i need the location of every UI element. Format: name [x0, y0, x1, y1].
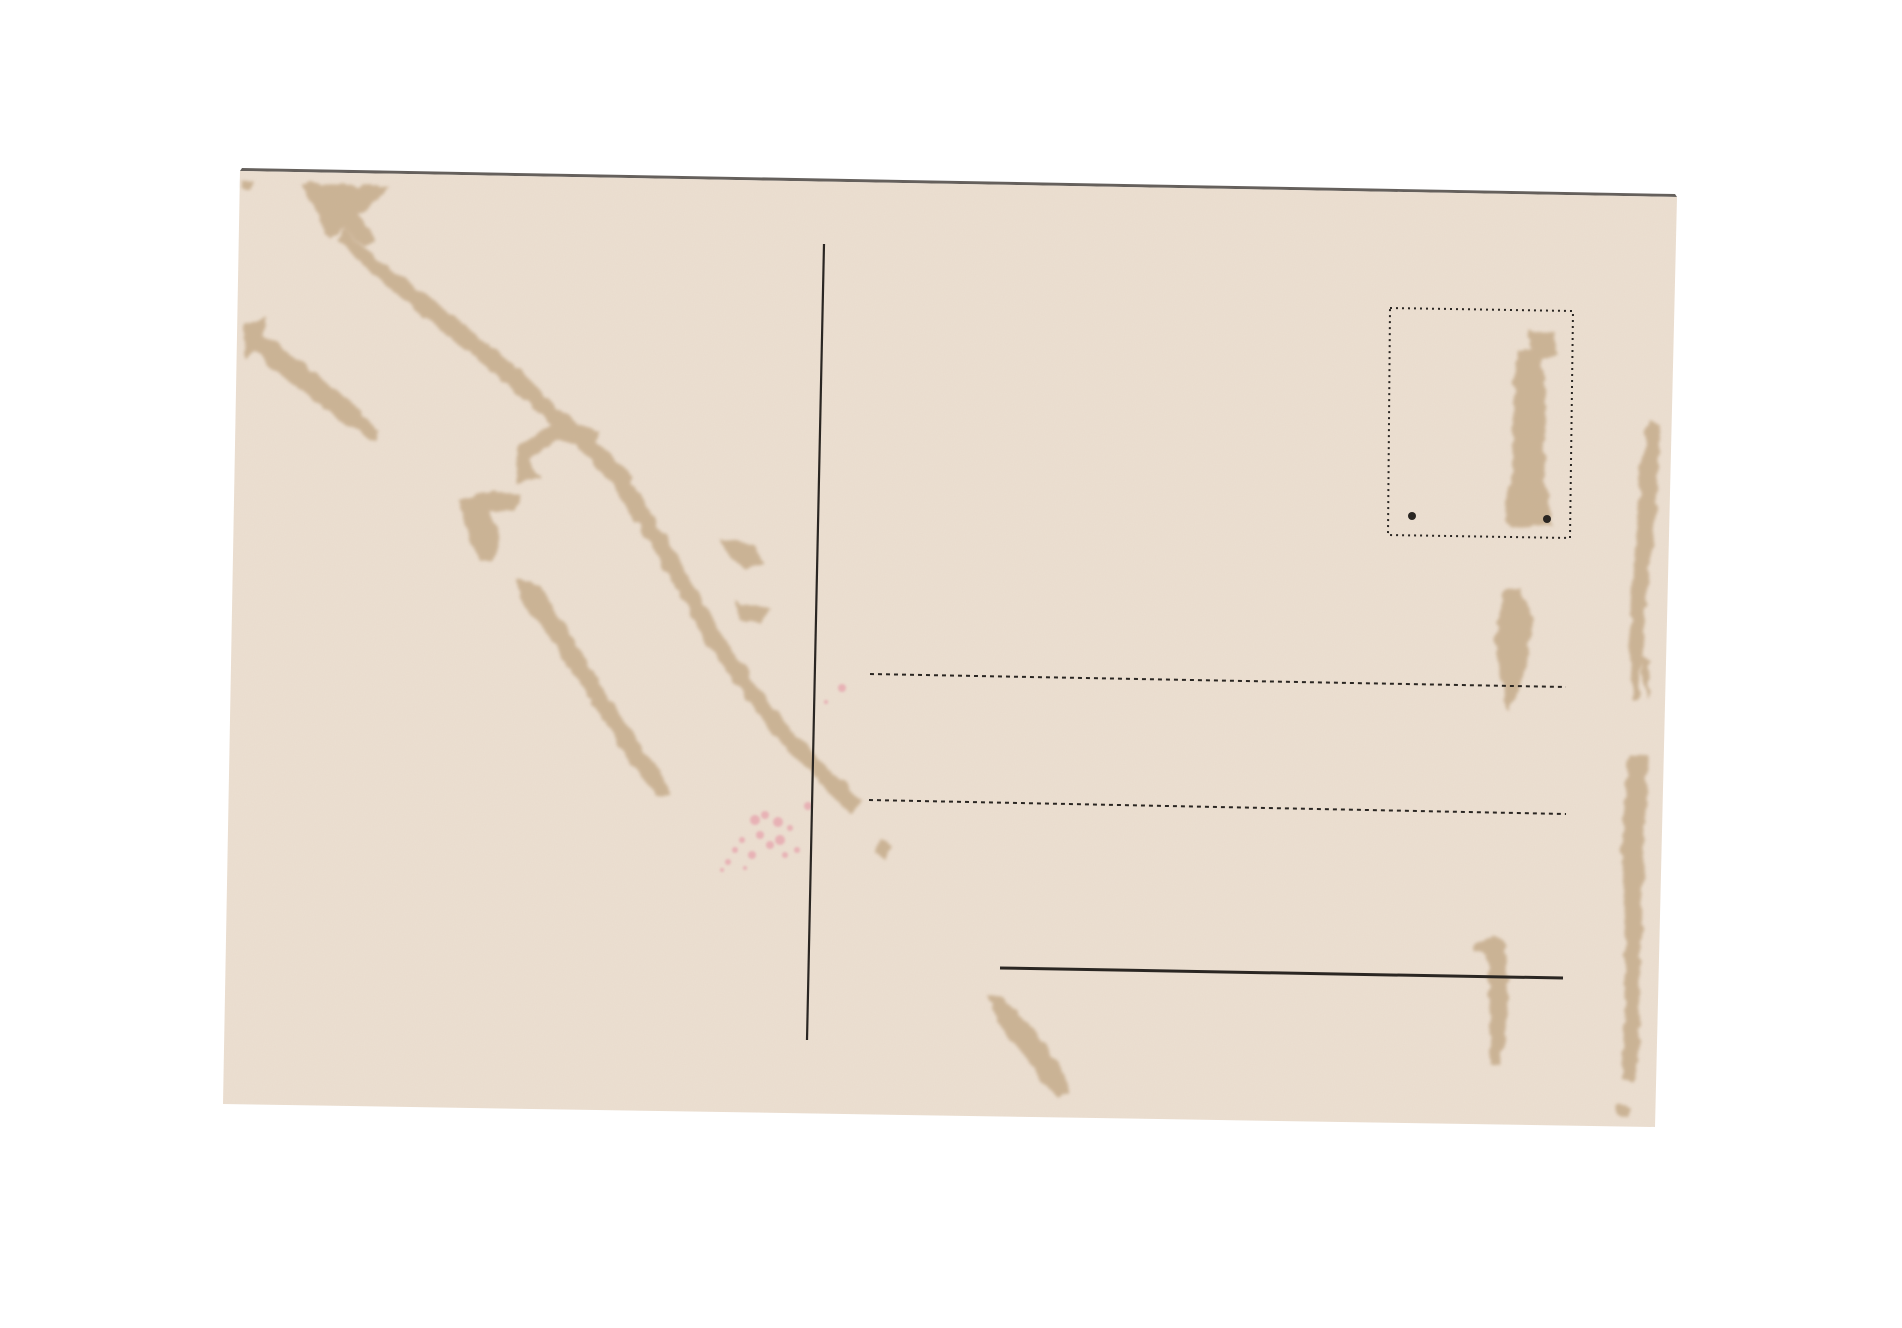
stamp-box-dot [1408, 512, 1416, 520]
stamp-box-dot [1543, 515, 1551, 523]
scanned-postcard-back [0, 0, 1902, 1328]
postcard-illustration [0, 0, 1902, 1328]
